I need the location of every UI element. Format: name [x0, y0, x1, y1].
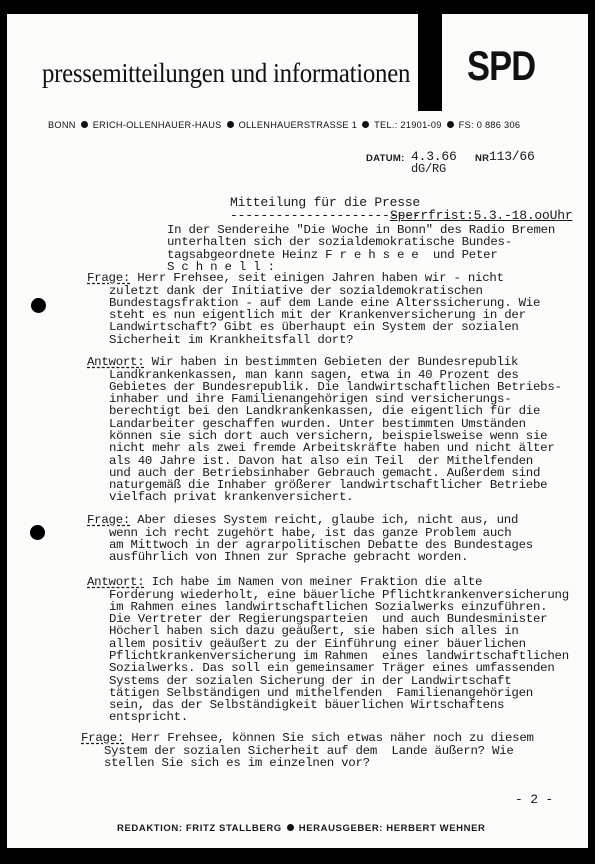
punch-hole-icon [31, 298, 46, 313]
bullet-icon [81, 121, 88, 128]
question-2: Frage: Aber dieses System reicht, glaube… [87, 514, 518, 526]
question-label: Frage: [87, 513, 130, 527]
bullet-icon [287, 824, 294, 831]
address-phone: TEL.: 21901-09 [374, 120, 442, 130]
question-first-line: Herr Frehsee, seit einigen Jahren haben … [130, 271, 504, 285]
initials: dG/RG [411, 163, 446, 176]
question-label: Frage: [81, 731, 124, 745]
nr-label: NR [475, 153, 489, 164]
question-3: Frage: Herr Frehsee, können Sie sich etw… [81, 732, 534, 744]
question-1: Frage: Herr Frehsee, seit einigen Jahren… [87, 272, 504, 284]
page-number: - 2 - [515, 794, 553, 807]
question-first-line: Aber dieses System reicht, glaube ich, n… [130, 513, 518, 527]
answer-label: Antwort: [87, 355, 145, 369]
answer-first-line: Wir haben in bestimmten Gebieten der Bun… [145, 355, 519, 369]
masthead-divider-bar [418, 14, 442, 111]
footer-herausgeber: HERAUSGEBER: HERBERT WEHNER [299, 823, 486, 834]
punch-hole-icon [30, 525, 45, 540]
answer-1: Antwort: Wir haben in bestimmten Gebiete… [87, 356, 518, 368]
address-street: OLLENHAUERSTRASSE 1 [239, 120, 358, 130]
answer-2: Antwort: Ich habe im Namen von meiner Fr… [87, 576, 482, 588]
address-line: BONNERICH-OLLENHAUER-HAUSOLLENHAUERSTRAS… [48, 120, 520, 130]
question-1-body: zuletzt dank der Initiative der sozialde… [109, 285, 540, 346]
document-page: pressemitteilungen und informationen SPD… [7, 14, 588, 848]
bullet-icon [362, 121, 369, 128]
footer-credits: REDAKTION: FRITZ STALLBERGHERAUSGEBER: H… [117, 823, 485, 834]
answer-label: Antwort: [87, 575, 145, 589]
intro-paragraph: In der Sendereihe "Die Woche in Bonn" de… [167, 224, 555, 273]
question-label: Frage: [87, 271, 130, 285]
question-first-line: Herr Frehsee, können Sie sich etwas nähe… [124, 731, 534, 745]
spd-logo: SPD [467, 42, 535, 90]
answer-first-line: Ich habe im Namen von meiner Fraktion di… [145, 575, 483, 589]
bullet-icon [227, 121, 234, 128]
embargo-notice: Sperrfrist:5.3.-18.ooUhr [390, 210, 572, 223]
question-3-body: System der sozialen Sicherheit auf dem L… [104, 745, 514, 770]
address-city: BONN [48, 120, 76, 130]
masthead-title: pressemitteilungen und informationen [42, 58, 410, 89]
nr-value: 113/66 [489, 151, 535, 164]
answer-1-body: Landkrankenkassen, man kann sagen, etwa … [109, 369, 562, 504]
footer-redaktion: REDAKTION: FRITZ STALLBERG [117, 823, 282, 834]
datum-label: DATUM: [366, 153, 405, 164]
bullet-icon [447, 121, 454, 128]
address-telex: FS: 0 886 306 [459, 120, 521, 130]
address-building: ERICH-OLLENHAUER-HAUS [93, 120, 222, 130]
answer-2-body: Forderung wiederholt, eine bäuerliche Pf… [109, 589, 569, 724]
question-2-body: wenn ich recht zugehört habe, ist das ga… [109, 527, 533, 564]
